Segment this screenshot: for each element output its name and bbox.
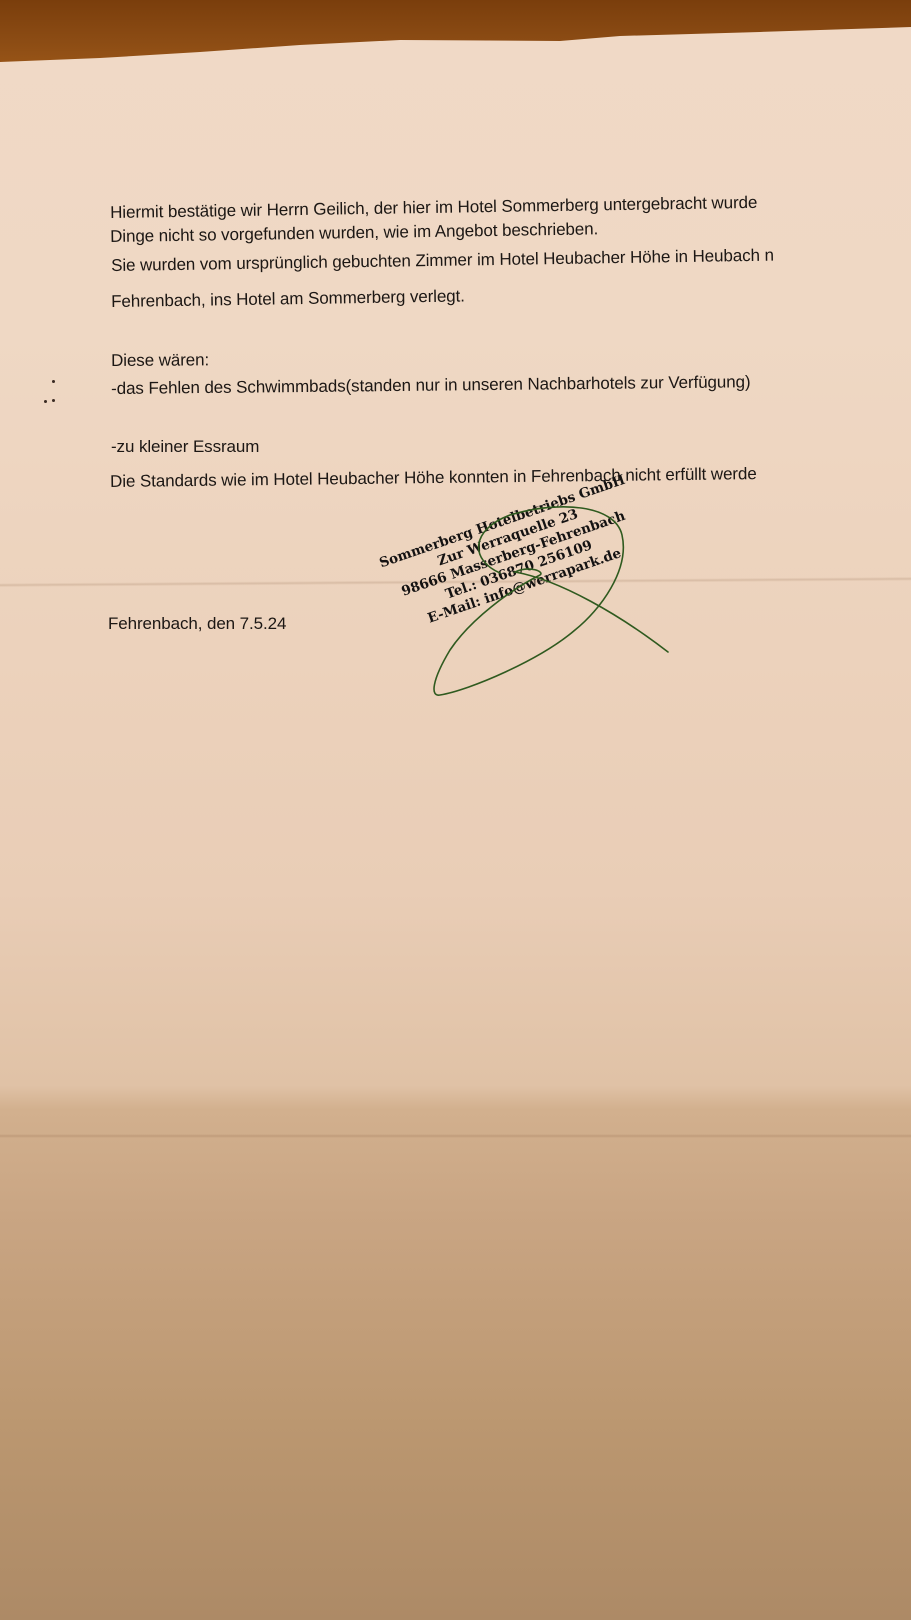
body-line: Diese wären: (111, 350, 209, 371)
margin-mark (52, 399, 55, 402)
paper-fold-line (0, 1134, 911, 1138)
list-item: -zu kleiner Essraum (111, 437, 259, 457)
margin-mark (44, 400, 47, 403)
margin-mark (52, 380, 55, 383)
place-date: Fehrenbach, den 7.5.24 (108, 614, 286, 634)
